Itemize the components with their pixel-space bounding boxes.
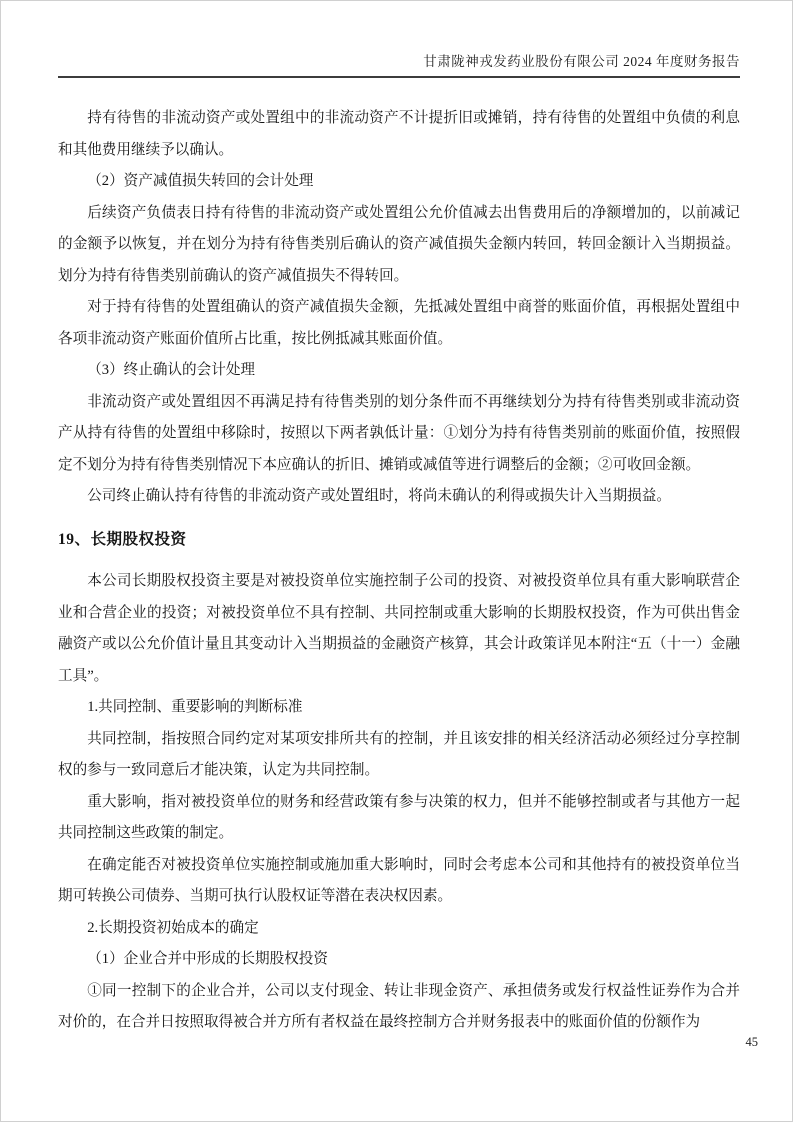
subheading-joint-control-criteria: 1.共同控制、重要影响的判断标准 — [58, 692, 740, 724]
paragraph-lt-equity-investment-scope: 本公司长期股权投资主要是对被投资单位实施控制子公司的投资、对被投资单位具有重大影… — [58, 566, 740, 692]
paragraph-significant-influence-definition: 重大影响，指对被投资单位的财务和经营政策有参与决策的权力，但并不能够控制或者与其… — [58, 787, 740, 850]
subheading-initial-cost-determination: 2.长期投资初始成本的确定 — [58, 913, 740, 945]
paragraph-disposal-group-goodwill: 对于持有待售的处置组确认的资产减值损失金额，先抵减处置组中商誉的账面价值，再根据… — [58, 292, 740, 355]
paragraph-reclassification-measurement: 非流动资产或处置组因不再满足持有待售类别的划分条件而不再继续划分为持有待售类别或… — [58, 387, 740, 482]
subheading-business-combination-investment: （1）企业合并中形成的长期股权投资 — [58, 944, 740, 976]
paragraph-held-for-sale-depreciation: 持有待售的非流动资产或处置组中的非流动资产不计提折旧或摊销，持有待售的处置组中负… — [58, 103, 740, 166]
document-page: 甘肃陇神戎发药业股份有限公司 2024 年度财务报告 持有待售的非流动资产或处置… — [0, 0, 793, 1122]
paragraph-same-control-combination: ①同一控制下的企业合并，公司以支付现金、转让非现金资产、承担债务或发行权益性证券… — [58, 976, 740, 1039]
document-body: 持有待售的非流动资产或处置组中的非流动资产不计提折旧或摊销，持有待售的处置组中负… — [58, 103, 740, 1039]
paragraph-impairment-reversal-detail: 后续资产负债表日持有待售的非流动资产或处置组公允价值减去出售费用后的净额增加的，… — [58, 198, 740, 293]
page-number: 45 — [746, 1035, 759, 1050]
subheading-derecognition: （3）终止确认的会计处理 — [58, 355, 740, 387]
subheading-impairment-reversal: （2）资产减值损失转回的会计处理 — [58, 166, 740, 198]
paragraph-joint-control-definition: 共同控制，指按照合同约定对某项安排所共有的控制，并且该安排的相关经济活动必须经过… — [58, 724, 740, 787]
section-heading-19-long-term-equity-investment: 19、长期股权投资 — [58, 524, 740, 556]
paragraph-potential-voting-rights: 在确定能否对被投资单位实施控制或施加重大影响时，同时会考虑本公司和其他持有的被投… — [58, 850, 740, 913]
paragraph-derecognition-gain-loss: 公司终止确认持有待售的非流动资产或处置组时，将尚未确认的利得或损失计入当期损益。 — [58, 481, 740, 513]
page-header: 甘肃陇神戎发药业股份有限公司 2024 年度财务报告 — [58, 1, 740, 78]
report-header-title: 甘肃陇神戎发药业股份有限公司 2024 年度财务报告 — [58, 53, 740, 71]
